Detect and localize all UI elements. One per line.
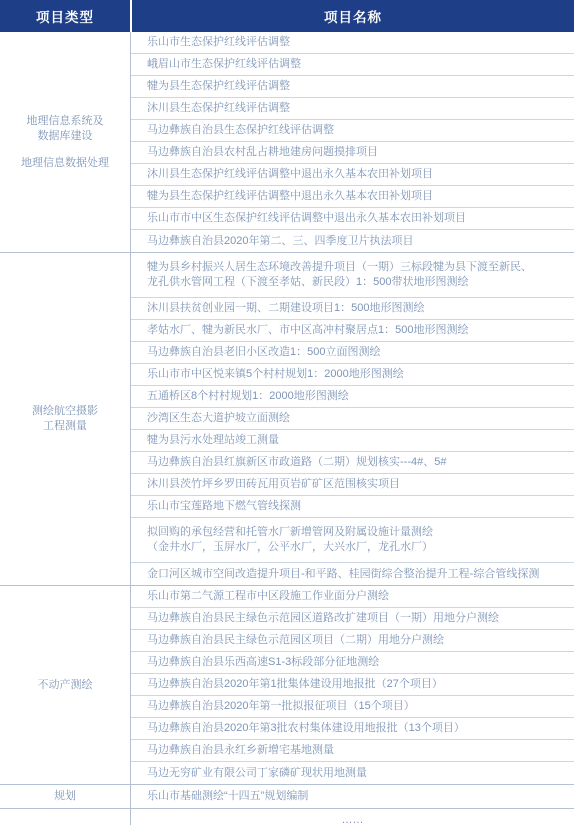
table-row: 马边彝族自治县生态保护红线评估调整 <box>131 120 574 142</box>
project-name: 乐山市生态保护红线评估调整 <box>147 32 290 53</box>
table-row: 马边彝族自治县民主绿色示范园区项目（二期）用地分户测绘 <box>131 630 574 652</box>
project-name: 马边彝族自治县民主绿色示范园区道路改扩建项目（一期）用地分户测绘 <box>147 608 499 629</box>
project-name: 犍为县生态保护红线评估调整中退出永久基本农田补划项目 <box>147 186 433 207</box>
project-rows: 乐山市第二气源工程市中区段施工作业面分户测绘马边彝族自治县民主绿色示范园区道路改… <box>131 586 574 784</box>
table-row: 犍为县生态保护红线评估调整 <box>131 76 574 98</box>
table-header-row: 项目类型 项目名称 <box>0 0 574 32</box>
project-rows: 犍为县乡村振兴人居生态环境改善提升项目（一期）三标段犍为县下渡至新民、龙孔供水管… <box>131 253 574 585</box>
table-row: 乐山市生态保护红线评估调整 <box>131 32 574 54</box>
project-type-label: 规划 <box>54 789 76 804</box>
project-name: 乐山市基础测绘“十四五”规划编制 <box>147 786 308 807</box>
project-type-group: …… <box>0 809 574 825</box>
table-row: 乐山市第二气源工程市中区段施工作业面分户测绘 <box>131 586 574 608</box>
table-row: 马边彝族自治县红旗新区市政道路（二期）规划核实---4#、5# <box>131 452 574 474</box>
table-row: 五通桥区8个村村规划1：2000地形图测绘 <box>131 386 574 408</box>
project-name: 马边彝族自治县乐西高速S1-3标段部分征地测绘 <box>147 652 379 673</box>
project-name: 马边彝族自治县2020年第1批集体建设用地报批（27个项目） <box>147 674 443 695</box>
table-row: 孝姑水厂、犍为新民水厂、市中区高冲村聚居点1：500地形图测绘 <box>131 320 574 342</box>
project-name: 孝姑水厂、犍为新民水厂、市中区高冲村聚居点1：500地形图测绘 <box>147 320 468 341</box>
table-row: 沐川县生态保护红线评估调整 <box>131 98 574 120</box>
table-row: 乐山市市中区悦来镇5个村村规划1：2000地形图测绘 <box>131 364 574 386</box>
table-row: 乐山市宝莲路地下燃气管线探测 <box>131 496 574 518</box>
project-name: 马边彝族自治县红旗新区市政道路（二期）规划核实---4#、5# <box>147 452 446 473</box>
project-name: 乐山市第二气源工程市中区段施工作业面分户测绘 <box>147 586 389 607</box>
table-row: 沐川县扶贫创业园一期、二期建设项目1：500地形图测绘 <box>131 298 574 320</box>
table-row: 沐川县生态保护红线评估调整中退出永久基本农田补划项目 <box>131 164 574 186</box>
project-name: 乐山市宝莲路地下燃气管线探测 <box>147 496 301 517</box>
project-name: 沐川县生态保护红线评估调整中退出永久基本农田补划项目 <box>147 164 433 185</box>
table-body: 地理信息系统及数据库建设地理信息数据处理乐山市生态保护红线评估调整峨眉山市生态保… <box>0 32 574 825</box>
project-name: 马边彝族自治县民主绿色示范园区项目（二期）用地分户测绘 <box>147 630 444 651</box>
table-row: 马边彝族自治县民主绿色示范园区道路改扩建项目（一期）用地分户测绘 <box>131 608 574 630</box>
table-row: 犍为县生态保护红线评估调整中退出永久基本农田补划项目 <box>131 186 574 208</box>
table-row: 拟回购的承包经营和托管水厂新增管网及附属设施计量测绘（金井水厂，玉屏水厂，公平水… <box>131 518 574 563</box>
project-name: 沐川县生态保护红线评估调整 <box>147 98 290 119</box>
project-name: 沐川县扶贫创业园一期、二期建设项目1：500地形图测绘 <box>147 298 424 319</box>
table-row: 沙湾区生态大道护坡立面测绘 <box>131 408 574 430</box>
project-rows: 乐山市基础测绘“十四五”规划编制 <box>131 785 574 808</box>
project-name: 马边彝族自治县农村乱占耕地建房问题摸排项目 <box>147 142 378 163</box>
table-row: 马边彝族自治县2020年第3批农村集体建设用地报批（13个项目） <box>131 718 574 740</box>
column-header-project-name: 项目名称 <box>132 0 574 32</box>
project-type-cell: 规划 <box>0 785 131 808</box>
table-row: 乐山市基础测绘“十四五”规划编制 <box>131 785 574 807</box>
project-table: 项目类型 项目名称 地理信息系统及数据库建设地理信息数据处理乐山市生态保护红线评… <box>0 0 574 825</box>
project-name: 马边彝族自治县永红乡新增宅基地测量 <box>147 740 334 761</box>
project-name: 峨眉山市生态保护红线评估调整 <box>147 54 301 75</box>
project-type-group: 不动产测绘乐山市第二气源工程市中区段施工作业面分户测绘马边彝族自治县民主绿色示范… <box>0 586 574 785</box>
table-row: 峨眉山市生态保护红线评估调整 <box>131 54 574 76</box>
project-type-cell: 测绘航空摄影工程测量 <box>0 253 131 585</box>
project-rows: 乐山市生态保护红线评估调整峨眉山市生态保护红线评估调整犍为县生态保护红线评估调整… <box>131 32 574 252</box>
project-name: 沐川县茨竹坪乡罗田砖瓦用页岩矿矿区范围核实项目 <box>147 474 400 495</box>
project-name: 金口河区城市空间改造提升项目-和平路、桂园街综合整治提升工程-综合管线探测 <box>147 564 539 585</box>
project-type-group: 测绘航空摄影工程测量犍为县乡村振兴人居生态环境改善提升项目（一期）三标段犍为县下… <box>0 253 574 586</box>
table-row: 马边彝族自治县2020年第一批拟报征项目（15个项目） <box>131 696 574 718</box>
project-name: …… <box>342 810 364 825</box>
project-type-label: 测绘航空摄影工程测量 <box>32 404 98 434</box>
project-name: 马边彝族自治县生态保护红线评估调整 <box>147 120 334 141</box>
project-name: 犍为县生态保护红线评估调整 <box>147 76 290 97</box>
project-type-cell: 地理信息系统及数据库建设地理信息数据处理 <box>0 32 131 252</box>
project-name: 犍为县乡村振兴人居生态环境改善提升项目（一期）三标段犍为县下渡至新民、龙孔供水管… <box>147 253 532 297</box>
column-header-project-type: 项目类型 <box>0 0 130 32</box>
project-name: 沙湾区生态大道护坡立面测绘 <box>147 408 290 429</box>
table-row: 沐川县茨竹坪乡罗田砖瓦用页岩矿矿区范围核实项目 <box>131 474 574 496</box>
table-row: 马边彝族自治县永红乡新增宅基地测量 <box>131 740 574 762</box>
project-type-cell: 不动产测绘 <box>0 586 131 784</box>
table-row: 马边彝族自治县2020年第1批集体建设用地报批（27个项目） <box>131 674 574 696</box>
project-name: 乐山市市中区悦来镇5个村村规划1：2000地形图测绘 <box>147 364 404 385</box>
project-type-label: 地理信息数据处理 <box>21 156 109 171</box>
project-type-group: 地理信息系统及数据库建设地理信息数据处理乐山市生态保护红线评估调整峨眉山市生态保… <box>0 32 574 253</box>
project-name: 马边彝族自治县2020年第3批农村集体建设用地报批（13个项目） <box>147 718 465 739</box>
table-row: 金口河区城市空间改造提升项目-和平路、桂园街综合整治提升工程-综合管线探测 <box>131 563 574 585</box>
project-type-label: 地理信息系统及数据库建设 <box>27 114 104 144</box>
table-row: 犍为县乡村振兴人居生态环境改善提升项目（一期）三标段犍为县下渡至新民、龙孔供水管… <box>131 253 574 298</box>
project-name: 马边彝族自治县老旧小区改造1：500立面图测绘 <box>147 342 380 363</box>
table-row: 马边彝族自治县乐西高速S1-3标段部分征地测绘 <box>131 652 574 674</box>
project-name: 马边无穷矿业有限公司丁家磷矿现状用地测量 <box>147 763 367 784</box>
project-rows: …… <box>131 809 574 825</box>
project-type-label: 不动产测绘 <box>38 678 93 693</box>
table-row: 马边彝族自治县农村乱占耕地建房问题摸排项目 <box>131 142 574 164</box>
project-name: 拟回购的承包经营和托管水厂新增管网及附属设施计量测绘（金井水厂，玉屏水厂，公平水… <box>147 518 433 562</box>
project-name: 马边彝族自治县2020年第二、三、四季度卫片执法项目 <box>147 231 413 252</box>
table-row: 马边无穷矿业有限公司丁家磷矿现状用地测量 <box>131 762 574 784</box>
table-row: …… <box>131 809 574 825</box>
project-name: 乐山市市中区生态保护红线评估调整中退出永久基本农田补划项目 <box>147 208 466 229</box>
project-name: 五通桥区8个村村规划1：2000地形图测绘 <box>147 386 349 407</box>
project-type-cell <box>0 809 131 825</box>
project-name: 马边彝族自治县2020年第一批拟报征项目（15个项目） <box>147 696 415 717</box>
table-row: 马边彝族自治县老旧小区改造1：500立面图测绘 <box>131 342 574 364</box>
table-row: 马边彝族自治县2020年第二、三、四季度卫片执法项目 <box>131 230 574 252</box>
project-name: 犍为县污水处理站竣工测量 <box>147 430 279 451</box>
table-row: 乐山市市中区生态保护红线评估调整中退出永久基本农田补划项目 <box>131 208 574 230</box>
table-row: 犍为县污水处理站竣工测量 <box>131 430 574 452</box>
project-type-group: 规划乐山市基础测绘“十四五”规划编制 <box>0 785 574 809</box>
